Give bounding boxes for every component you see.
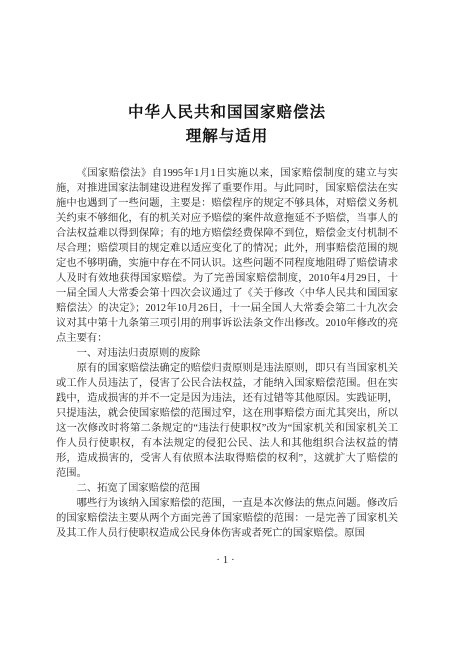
paragraph-intro: 《国家赔偿法》自1995年1月1日实施以来，国家赔偿制度的建立与实施，对推进国家… bbox=[56, 166, 398, 346]
book-title-line-1: 中华人民共和国国家赔偿法 bbox=[0, 101, 454, 125]
book-title: 中华人民共和国国家赔偿法 理解与适用 bbox=[0, 0, 454, 149]
page-number: ·1· bbox=[0, 555, 454, 566]
section-heading-2: 二、拓宽了国家赔偿的范围 bbox=[56, 481, 398, 496]
document-page: 中华人民共和国国家赔偿法 理解与适用 《国家赔偿法》自1995年1月1日实施以来… bbox=[0, 0, 454, 652]
body-text: 《国家赔偿法》自1995年1月1日实施以来，国家赔偿制度的建立与实施，对推进国家… bbox=[56, 166, 398, 541]
section-heading-1: 一、对违法归责原则的废除 bbox=[56, 346, 398, 361]
book-title-line-2: 理解与适用 bbox=[0, 125, 454, 149]
paragraph-section-1: 原有的国家赔偿法确定的赔偿归责原则是违法原则，即只有当国家机关或工作人员违法了，… bbox=[56, 361, 398, 481]
paragraph-section-2: 哪些行为该纳入国家赔偿的范围，一直是本次修法的焦点问题。修改后的国家赔偿法主要从… bbox=[56, 496, 398, 541]
